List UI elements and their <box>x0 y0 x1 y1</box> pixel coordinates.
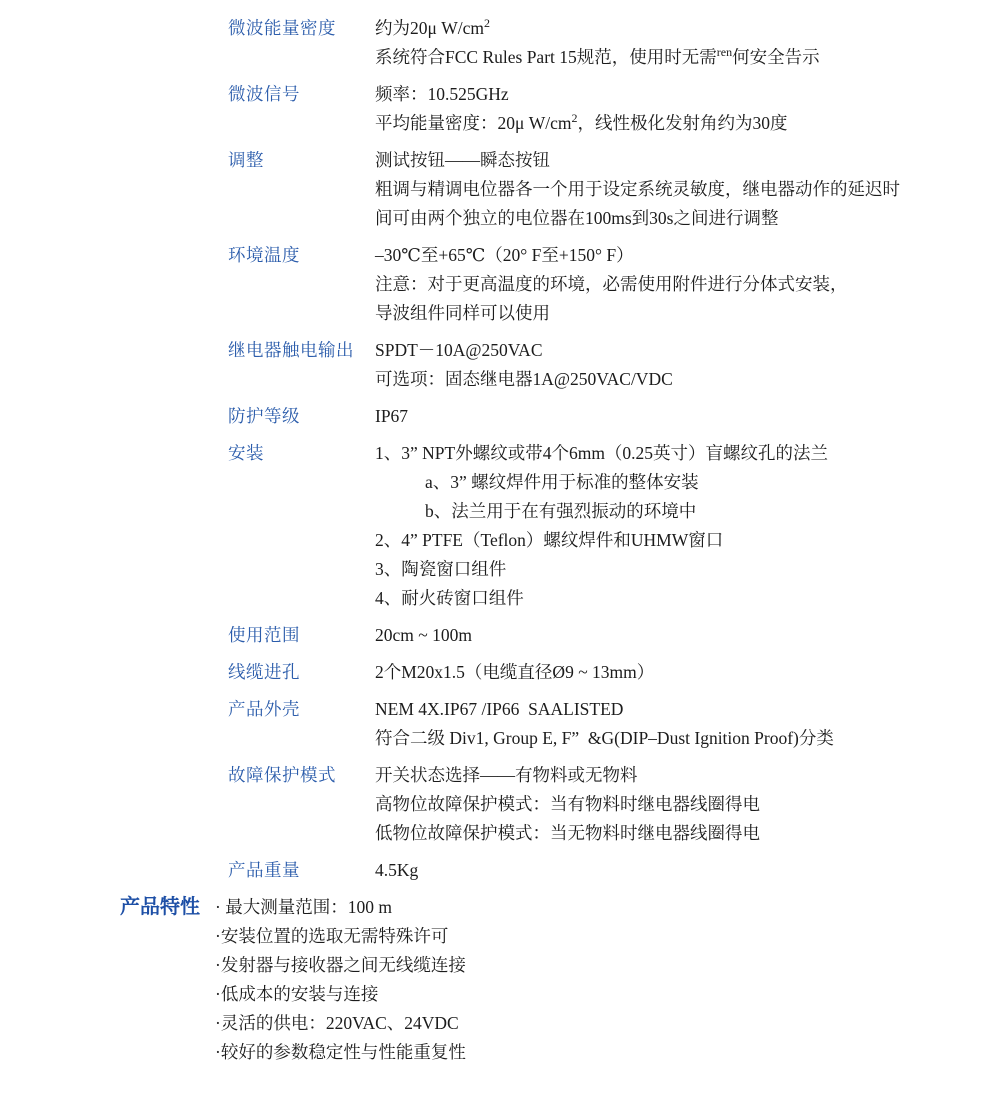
spec-value-line: NEM 4X.IP67 /IP66 SAALISTED <box>375 695 1000 724</box>
spec-label: 防护等级 <box>228 402 375 431</box>
feature-item: ·低成本的安装与连接 <box>215 980 1000 1009</box>
spec-row: 产品外壳NEM 4X.IP67 /IP66 SAALISTED符合二级 Div1… <box>0 695 1000 753</box>
spec-text: 符合二级 Div1, Group E, F” &G(DIP–Dust Ignit… <box>375 728 834 748</box>
spec-value-line: 高物位故障保护模式：当有物料时继电器线圈得电 <box>375 790 1000 819</box>
spec-value-line: IP67 <box>375 402 1000 431</box>
spec-text: ，线性极化发射角约为30度 <box>578 113 788 133</box>
spec-row: 产品重量4.5Kg <box>0 856 1000 885</box>
spec-text: –30℃至+65℃（20° F至+150° F） <box>375 245 634 265</box>
spec-value-line: 频率：10.525GHz <box>375 80 1000 109</box>
spec-text: 4、耐火砖窗口组件 <box>375 588 524 608</box>
spec-row: 环境温度–30℃至+65℃（20° F至+150° F）注意：对于更高温度的环境… <box>0 241 1000 328</box>
feature-item: ·安装位置的选取无需特殊许可 <box>215 922 1000 951</box>
spec-value: 4.5Kg <box>375 856 1000 885</box>
spec-value-line: 约为20μ W/cm2 <box>375 14 1000 43</box>
feature-item: ·灵活的供电：220VAC、24VDC <box>215 1009 1000 1038</box>
spec-table: 微波能量密度约为20μ W/cm2系统符合FCC Rules Part 15规范… <box>0 0 1000 885</box>
spec-text: 导波组件同样可以使用 <box>375 303 550 323</box>
feature-item: ·发射器与接收器之间无线缆连接 <box>215 951 1000 980</box>
spec-label: 产品外壳 <box>228 695 375 724</box>
spec-value-line: 4、耐火砖窗口组件 <box>375 584 1000 613</box>
spec-value-line: 2、4” PTFE（Teflon）螺纹焊件和UHMW窗口 <box>375 526 1000 555</box>
spec-row: 微波能量密度约为20μ W/cm2系统符合FCC Rules Part 15规范… <box>0 14 1000 72</box>
spec-text: NEM 4X.IP67 /IP66 SAALISTED <box>375 699 623 719</box>
document-page: 微波能量密度约为20μ W/cm2系统符合FCC Rules Part 15规范… <box>0 0 1000 1102</box>
spec-value-line: 测试按钮——瞬态按钮 <box>375 146 1000 175</box>
spec-value-line: 平均能量密度：20μ W/cm2，线性极化发射角约为30度 <box>375 109 1000 138</box>
spec-text: b、法兰用于在有强烈振动的环境中 <box>425 501 696 521</box>
spec-value: NEM 4X.IP67 /IP66 SAALISTED符合二级 Div1, Gr… <box>375 695 1000 753</box>
spec-text: 粗调与精调电位器各一个用于设定系统灵敏度，继电器动作的延迟时 <box>375 179 900 199</box>
spec-text: 系统符合FCC Rules Part 15规范，使用时无需 <box>375 47 717 67</box>
spec-text: 可选项：固态继电器1A@250VAC/VDC <box>375 369 673 389</box>
spec-value: –30℃至+65℃（20° F至+150° F）注意：对于更高温度的环境，必需使… <box>375 241 1000 328</box>
spec-text: 20cm ~ 100m <box>375 625 472 645</box>
spec-value-line: 可选项：固态继电器1A@250VAC/VDC <box>375 365 1000 394</box>
spec-value-line: 4.5Kg <box>375 856 1000 885</box>
superscript-text: ren <box>717 45 732 59</box>
spec-text: 低物位故障保护模式：当无物料时继电器线圈得电 <box>375 823 760 843</box>
spec-label: 继电器触电输出 <box>228 336 375 365</box>
spec-value-line: 导波组件同样可以使用 <box>375 299 1000 328</box>
spec-value: 20cm ~ 100m <box>375 621 1000 650</box>
spec-row: 故障保护模式开关状态选择——有物料或无物料高物位故障保护模式：当有物料时继电器线… <box>0 761 1000 848</box>
spec-label: 环境温度 <box>228 241 375 270</box>
spec-row: 继电器触电输出SPDT－10A@250VAC可选项：固态继电器1A@250VAC… <box>0 336 1000 394</box>
spec-value-line: b、法兰用于在有强烈振动的环境中 <box>375 497 1000 526</box>
spec-text: 约为20μ W/cm <box>375 18 484 38</box>
spec-value-line: a、3” 螺纹焊件用于标准的整体安装 <box>375 468 1000 497</box>
spec-label: 调整 <box>228 146 375 175</box>
spec-label: 故障保护模式 <box>228 761 375 790</box>
spec-text: 测试按钮——瞬态按钮 <box>375 150 550 170</box>
features-section: 产品特性 · 最大测量范围：100 m·安装位置的选取无需特殊许可·发射器与接收… <box>0 893 1000 1067</box>
spec-value-line: SPDT－10A@250VAC <box>375 336 1000 365</box>
spec-value: 2个M20x1.5（电缆直径Ø9 ~ 13mm） <box>375 658 1000 687</box>
spec-text: SPDT－10A@250VAC <box>375 340 543 360</box>
spec-value: 频率：10.525GHz平均能量密度：20μ W/cm2，线性极化发射角约为30… <box>375 80 1000 138</box>
spec-value: SPDT－10A@250VAC可选项：固态继电器1A@250VAC/VDC <box>375 336 1000 394</box>
spec-text: 平均能量密度：20μ W/cm <box>375 113 572 133</box>
spec-row: 调整测试按钮——瞬态按钮粗调与精调电位器各一个用于设定系统灵敏度，继电器动作的延… <box>0 146 1000 233</box>
spec-value-line: 开关状态选择——有物料或无物料 <box>375 761 1000 790</box>
spec-value: IP67 <box>375 402 1000 431</box>
spec-value-line: 3、陶瓷窗口组件 <box>375 555 1000 584</box>
spec-value-line: 符合二级 Div1, Group E, F” &G(DIP–Dust Ignit… <box>375 724 1000 753</box>
superscript-text: 2 <box>484 16 490 30</box>
spec-label: 产品重量 <box>228 856 375 885</box>
spec-label: 安装 <box>228 439 375 468</box>
spec-value-line: 间可由两个独立的电位器在100ms到30s之间进行调整 <box>375 204 1000 233</box>
spec-text: a、3” 螺纹焊件用于标准的整体安装 <box>425 472 699 492</box>
spec-row: 安装1、3” NPT外螺纹或带4个6mm（0.25英寸）盲螺纹孔的法兰a、3” … <box>0 439 1000 613</box>
feature-item: · 最大测量范围：100 m <box>215 893 1000 922</box>
spec-text: 何安全告示 <box>732 47 820 67</box>
spec-text: IP67 <box>375 406 408 426</box>
spec-label: 微波能量密度 <box>228 14 375 43</box>
spec-value-line: 20cm ~ 100m <box>375 621 1000 650</box>
spec-value-line: 系统符合FCC Rules Part 15规范，使用时无需ren何安全告示 <box>375 43 1000 72</box>
feature-item: ·较好的参数稳定性与性能重复性 <box>215 1038 1000 1067</box>
spec-value: 测试按钮——瞬态按钮粗调与精调电位器各一个用于设定系统灵敏度，继电器动作的延迟时… <box>375 146 1000 233</box>
spec-text: 2个M20x1.5（电缆直径Ø9 ~ 13mm） <box>375 662 654 682</box>
spec-label: 线缆进孔 <box>228 658 375 687</box>
spec-text: 注意：对于更高温度的环境，必需使用附件进行分体式安装， <box>375 274 848 294</box>
spec-value-line: 低物位故障保护模式：当无物料时继电器线圈得电 <box>375 819 1000 848</box>
spec-value-line: –30℃至+65℃（20° F至+150° F） <box>375 241 1000 270</box>
spec-value-line: 1、3” NPT外螺纹或带4个6mm（0.25英寸）盲螺纹孔的法兰 <box>375 439 1000 468</box>
spec-text: 2、4” PTFE（Teflon）螺纹焊件和UHMW窗口 <box>375 530 723 550</box>
features-heading: 产品特性 <box>120 893 215 922</box>
spec-value: 开关状态选择——有物料或无物料高物位故障保护模式：当有物料时继电器线圈得电低物位… <box>375 761 1000 848</box>
spec-text: 高物位故障保护模式：当有物料时继电器线圈得电 <box>375 794 760 814</box>
spec-text: 4.5Kg <box>375 860 418 880</box>
spec-row: 防护等级IP67 <box>0 402 1000 431</box>
spec-value-line: 粗调与精调电位器各一个用于设定系统灵敏度，继电器动作的延迟时 <box>375 175 1000 204</box>
spec-value-line: 2个M20x1.5（电缆直径Ø9 ~ 13mm） <box>375 658 1000 687</box>
spec-label: 使用范围 <box>228 621 375 650</box>
spec-row: 线缆进孔2个M20x1.5（电缆直径Ø9 ~ 13mm） <box>0 658 1000 687</box>
spec-label: 微波信号 <box>228 80 375 109</box>
spec-text: 1、3” NPT外螺纹或带4个6mm（0.25英寸）盲螺纹孔的法兰 <box>375 443 828 463</box>
spec-value: 约为20μ W/cm2系统符合FCC Rules Part 15规范，使用时无需… <box>375 14 1000 72</box>
spec-text: 3、陶瓷窗口组件 <box>375 559 506 579</box>
spec-value-line: 注意：对于更高温度的环境，必需使用附件进行分体式安装， <box>375 270 1000 299</box>
spec-text: 开关状态选择——有物料或无物料 <box>375 765 638 785</box>
spec-row: 微波信号频率：10.525GHz平均能量密度：20μ W/cm2，线性极化发射角… <box>0 80 1000 138</box>
spec-value: 1、3” NPT外螺纹或带4个6mm（0.25英寸）盲螺纹孔的法兰a、3” 螺纹… <box>375 439 1000 613</box>
features-list: · 最大测量范围：100 m·安装位置的选取无需特殊许可·发射器与接收器之间无线… <box>215 893 1000 1067</box>
spec-text: 间可由两个独立的电位器在100ms到30s之间进行调整 <box>375 208 778 228</box>
spec-text: 频率：10.525GHz <box>375 84 509 104</box>
spec-row: 使用范围20cm ~ 100m <box>0 621 1000 650</box>
